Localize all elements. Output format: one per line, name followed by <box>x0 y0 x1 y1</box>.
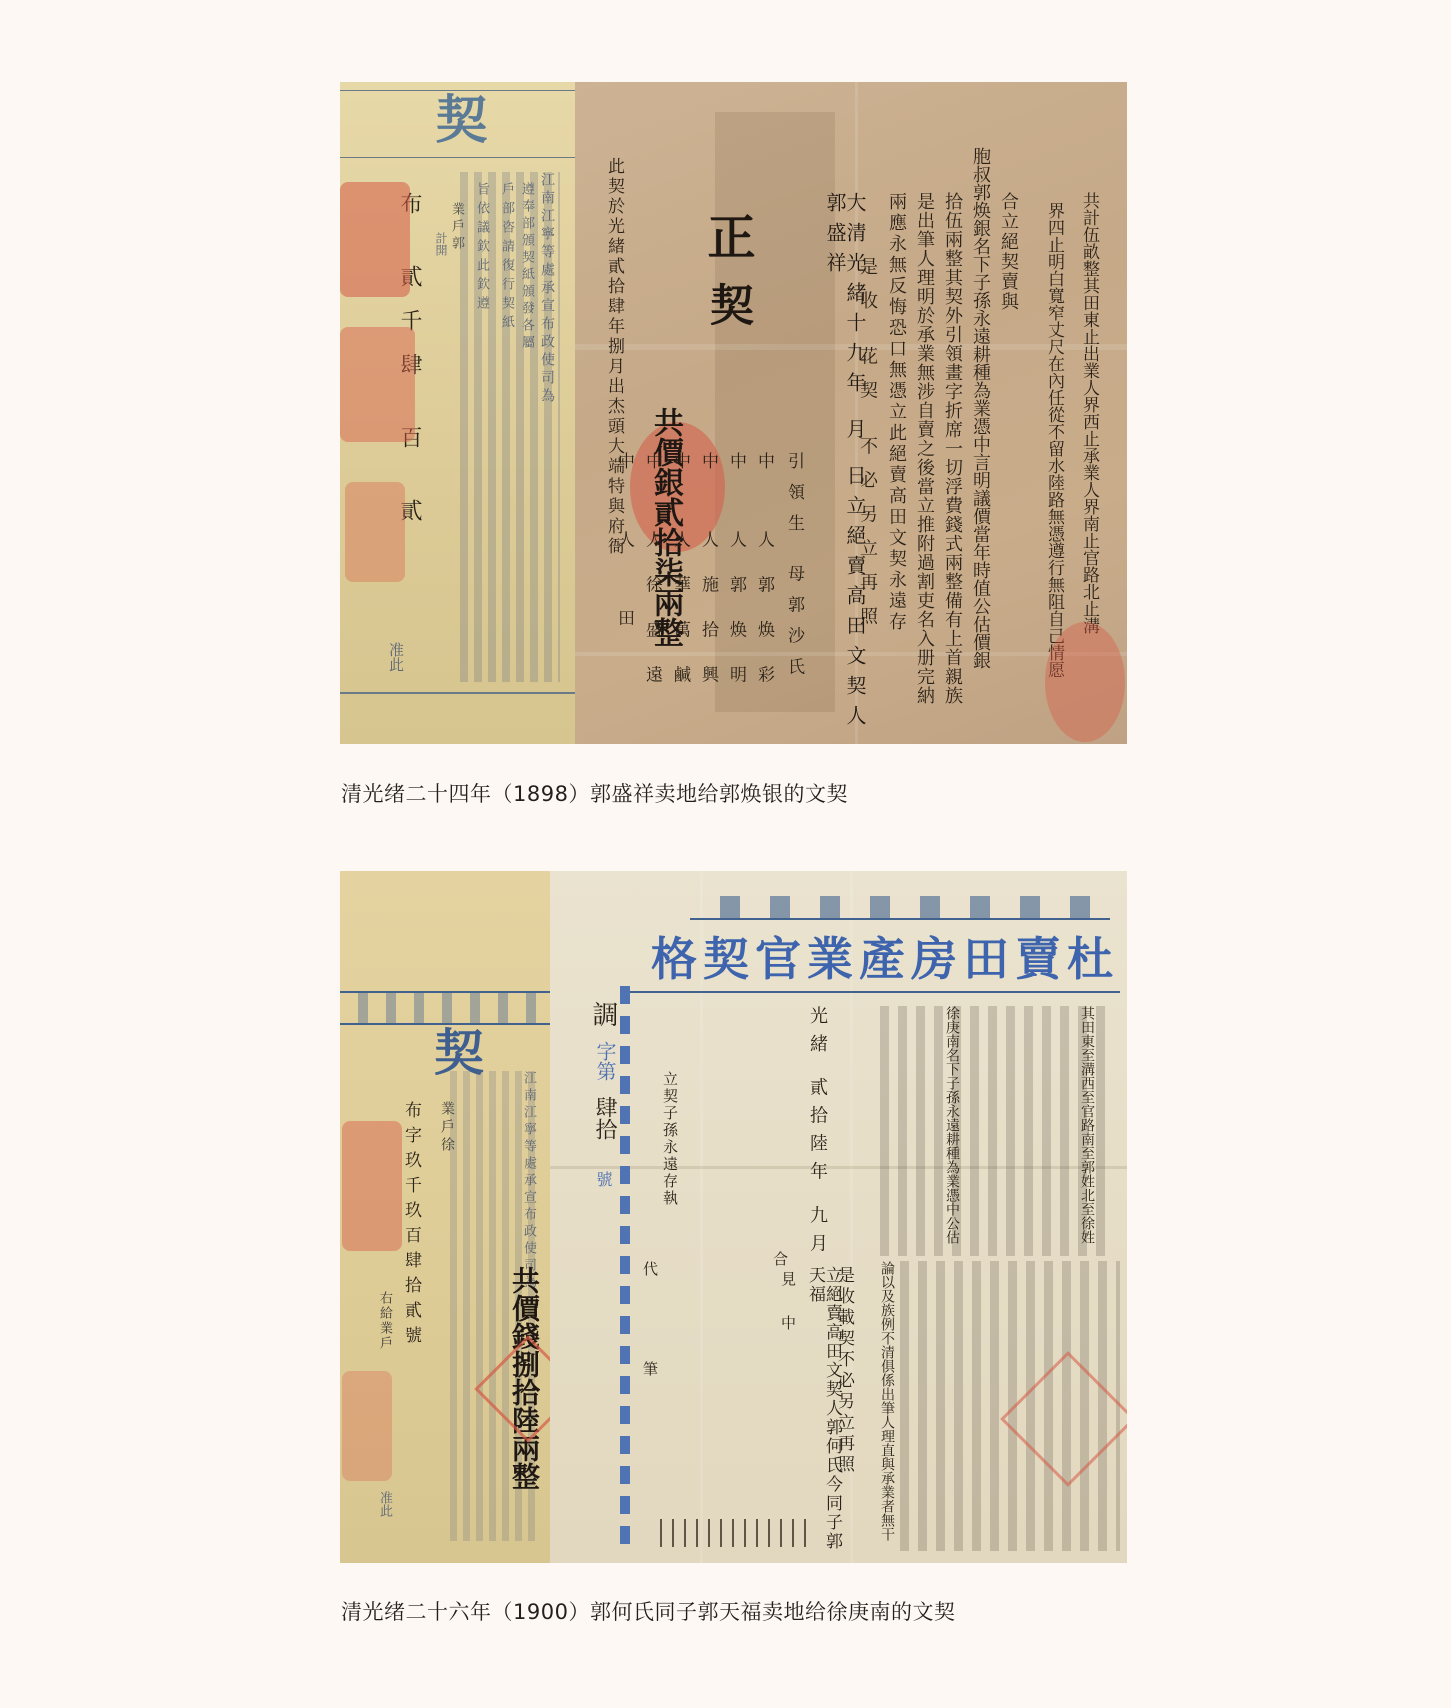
figure-caption: 清光绪二十四年（1898）郭盛祥卖地给郭焕银的文契 <box>341 778 848 808</box>
deed-body-column: 合立絕契賣與 <box>999 192 1017 312</box>
form-banner-text: 杜賣田房產業官契格 <box>651 923 1119 989</box>
red-seal <box>342 1121 402 1251</box>
form-title: 契 <box>430 92 482 144</box>
witness-column: 見 中 <box>780 1271 795 1342</box>
form-print-lines <box>460 172 560 682</box>
witness-column: 中 人施拾興 <box>699 452 716 710</box>
official-deed-panel: 杜賣田房產業官契格 調 字第 肆拾 號 立契子孫永遠存執 光緒 貳拾陸年 九月 … <box>550 871 1127 1563</box>
red-seal <box>342 1371 392 1481</box>
form-serial-number: 肆拾 <box>593 1096 615 1140</box>
witness-column: 中 人 田 <box>615 452 632 654</box>
red-seal <box>345 482 405 582</box>
red-seal <box>340 182 410 297</box>
official-form-panel: 契 布 貳千肆 百 貳 江南江寧等處承宣布政使司為 遵奉部頒契紙頒發各屬 戶部咨… <box>340 82 575 744</box>
deed-body-column: 是收 花契 不必另立再照 <box>858 257 876 640</box>
deed-body-column: 是收載契不必另立再照 <box>835 1266 852 1476</box>
deed-body-column: 界四止明白寬窄丈尺在內任從不留水陸路無憑遵行無阻自己情愿 <box>1045 202 1062 678</box>
witness-column: 中 人徐盛遠 <box>643 452 660 710</box>
form-serial-label: 號 <box>595 1171 611 1187</box>
witness-column: 合 <box>772 1251 787 1266</box>
witness-column: 代 筆 <box>642 1261 657 1416</box>
form-serial-label: 字第 <box>595 1041 615 1081</box>
deed-title-top: 正 <box>703 212 751 260</box>
handwritten-deed-panel: 此契於光緒貳拾肆年捌月出杰頭大端特與府衙 共價銀貳拾柒兩整 正 契 大清光緒十九… <box>575 82 1127 744</box>
deed-body-column: 是出筆人理明於承業無涉自賣之後當立推附過割吏名入册完納 <box>915 192 933 705</box>
contract-photo-1900: 契 布字玖千玖百肆拾貳號 江南江寧等處承宣布政使司為 業戶徐 右給業戶 准此 共… <box>340 871 1127 1563</box>
deed-title-bottom: 契 <box>705 282 749 326</box>
witness-column: 引領生 母郭沙氏 <box>785 452 802 688</box>
deed-date-column: 光緒 貳拾陸年 九月 <box>808 1006 826 1261</box>
form-approval: 准此 <box>388 642 403 672</box>
red-seal <box>340 327 415 442</box>
deed-body-column: 兩應永無反悔恐口無憑立此絕賣高田文契永遠存 <box>887 192 905 633</box>
handwritten-text-block <box>880 1006 1110 1256</box>
witness-column: 中 人華萬鹹 <box>671 452 688 710</box>
deed-body-column: 共計伍畝整其田東止出業人界西止承業人界南止官路北止溝 <box>1080 192 1097 634</box>
deed-body-column: 拾伍兩整其契外引領畫字折席一切浮費錢式兩整備有上首親族 <box>943 192 961 705</box>
figure-caption: 清光绪二十六年（1900）郭何氏同子郭天福卖地给徐庚南的文契 <box>341 1596 955 1626</box>
form-serial-label: 調 <box>590 1001 616 1027</box>
form-text-column: 計開 <box>435 232 447 256</box>
form-title: 契 <box>430 1026 480 1076</box>
form-amount-column: 布字玖千玖百肆拾貳號 <box>402 1101 419 1351</box>
witness-column: 中 人郭焕彩 <box>755 452 772 710</box>
official-form-panel: 契 布字玖千玖百肆拾貳號 江南江寧等處承宣布政使司為 業戶徐 右給業戶 准此 共… <box>340 871 550 1563</box>
deed-note-column: 立契子孫永遠存執 <box>662 1071 677 1207</box>
witness-column: 中 人郭焕明 <box>727 452 744 710</box>
deed-body-column: 胞叔郭焕銀名下子孫永遠耕種為業憑中言明議價當年時值公估價銀 <box>971 147 989 669</box>
form-banner: 杜賣田房產業官契格 <box>645 921 1125 991</box>
contract-photo-1898: 契 布 貳千肆 百 貳 江南江寧等處承宣布政使司為 遵奉部頒契紙頒發各屬 戶部咨… <box>340 82 1127 744</box>
deed-body-column: 論以及族例不清俱係出筆人理直與承業者無干 <box>880 1261 894 1541</box>
red-seal <box>1045 622 1125 742</box>
blue-border-ornament <box>620 986 630 1556</box>
signature-marks <box>660 1519 810 1547</box>
form-text-column: 右給業戶 <box>378 1291 391 1351</box>
form-approval: 准此 <box>378 1491 391 1517</box>
